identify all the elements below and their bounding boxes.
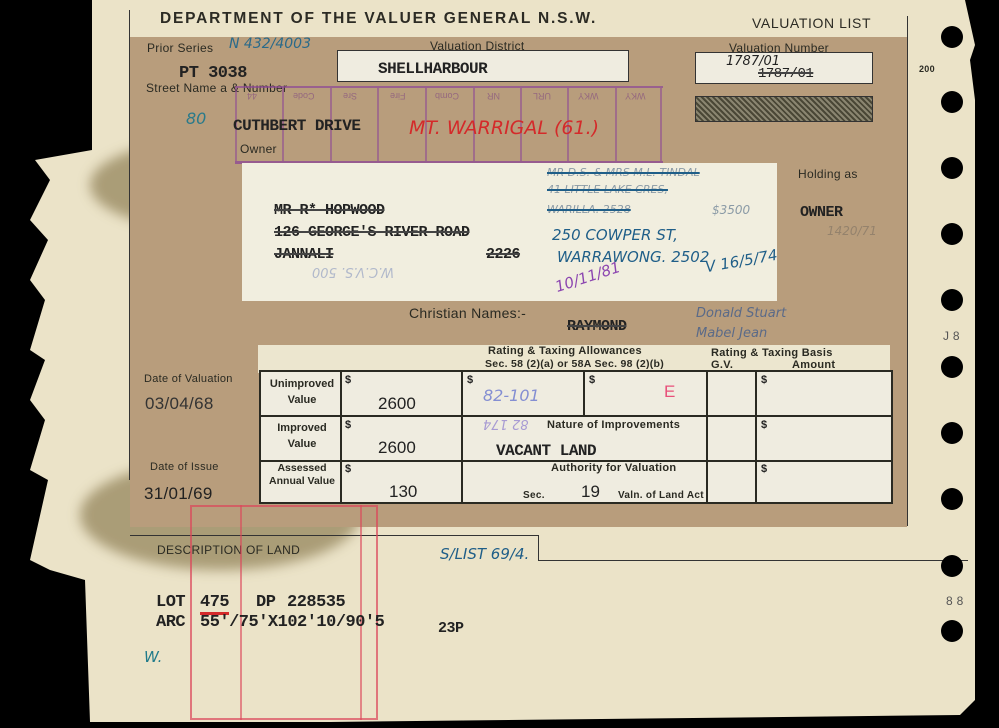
holding-faded: 1420/71 [827, 224, 877, 238]
arc-dimensions: 55'/75'X102'10/90'5 [200, 613, 384, 632]
punch-hole [941, 422, 963, 444]
prev-owner-name: MR D.S. & MRS M.L. TINDAL [547, 166, 700, 179]
stamp-header: Fire [390, 91, 406, 101]
assessed-value-label: Assessed Annual Value [263, 462, 341, 488]
faded-stamp: W.C.V.S. 500 [312, 264, 394, 279]
holding-value: OWNER [800, 204, 843, 221]
nature-of-improvements-label: Nature of Improvements [547, 419, 680, 431]
sec-value: 19 [581, 482, 600, 502]
prev-owner-suburb: WARILLA. 2528 [547, 203, 631, 216]
street-name: CUTHBERT DRIVE [233, 117, 360, 135]
prev-owner-amount: $3500 [712, 203, 750, 217]
authority-label: Authority for Valuation [551, 462, 676, 474]
pencil-name-2: Mabel Jean [696, 326, 767, 341]
punch-hole [941, 157, 963, 179]
right-rule [907, 16, 908, 526]
prev-owner-street: 41 LITTLE LAKE CRES, [547, 183, 668, 196]
owner-postcode: 2226 [486, 246, 520, 263]
valuation-district-value: SHELLHARBOUR [378, 60, 487, 78]
christian-names-label: Christian Names:- [409, 305, 526, 321]
owner-label: Owner [240, 142, 277, 156]
christian-names-value: RAYMOND [567, 318, 627, 335]
currency-symbol: $ [589, 374, 595, 386]
punch-hole [941, 620, 963, 642]
valuation-card: DEPARTMENT OF THE VALUER GENERAL N.S.W. … [30, 0, 975, 722]
unimproved-value-label: Unimproved Value [263, 376, 341, 408]
new-owner-street: 250 COWPER ST, [552, 226, 678, 244]
margin-mark-mid: J 8 [943, 329, 960, 343]
owner-line-1: MR R* HOPWOOD [274, 202, 385, 219]
date-of-issue-value: 31/01/69 [144, 484, 213, 504]
stamp-header: URL [533, 91, 551, 101]
date-of-valuation-value: 03/04/68 [145, 394, 214, 414]
punch-hole [941, 555, 963, 577]
values-table: Unimproved Value Improved Value Assessed… [259, 370, 893, 504]
stamp-header: Comb [435, 91, 459, 101]
pencil-name-1: Donald Stuart [696, 306, 786, 321]
prior-series-label: Prior Series [147, 41, 213, 55]
improved-value-label: Improved Value [263, 420, 341, 452]
valuation-district-box: SHELLHARBOUR [337, 50, 629, 82]
owner-box: MR R* HOPWOOD 126 GEORGE'S RIVER ROAD JA… [242, 163, 777, 301]
punch-hole [941, 289, 963, 311]
stamp-header: 44 [247, 91, 257, 101]
locality-handwritten: MT. WARRIGAL (61.) [409, 117, 599, 139]
currency-symbol: $ [467, 374, 473, 386]
owner-line-2: 126 GEORGE'S RIVER ROAD [274, 224, 470, 241]
punch-hole [941, 26, 963, 48]
description-rule [538, 560, 968, 561]
stamp-header: Code [293, 91, 315, 101]
valuation-number-typed: 1787/01 [758, 66, 813, 82]
allowance-handwritten-2: 82 174 [483, 416, 529, 431]
valuation-number-box: 1787/01 1787/01 [695, 52, 873, 84]
red-e-mark: E [664, 382, 676, 402]
margin-mark-top: 200 [919, 64, 935, 74]
lot-label: LOT [156, 593, 185, 612]
rating-allowances-subtitle: Sec. 58 (2)(a) or 58A Sec. 98 (2)(b) [485, 358, 664, 370]
dp-number: 228535 [287, 593, 345, 612]
currency-symbol: $ [761, 374, 767, 386]
stamp-header: Sre [343, 91, 357, 101]
assessed-annual-value: 130 [389, 482, 417, 502]
department-title: DEPARTMENT OF THE VALUER GENERAL N.S.W. [160, 10, 597, 28]
prior-series-handwritten: N 432/4003 [229, 36, 311, 52]
initial-mark: W. [144, 648, 162, 666]
street-number-handwritten: 80 [186, 109, 206, 128]
currency-symbol: $ [761, 463, 767, 475]
valuation-list-title: VALUATION LIST [752, 15, 871, 31]
hatched-box [695, 96, 873, 122]
nature-of-improvements-value: VACANT LAND [496, 442, 596, 460]
rating-basis-title: Rating & Taxing Basis [711, 347, 833, 359]
arc-label: ARC [156, 613, 185, 632]
date-of-valuation-label: Date of Valuation [144, 373, 233, 385]
allowance-handwritten-1: 82-101 [483, 386, 540, 405]
owner-line-3: JANNALI [274, 246, 334, 263]
act-label: Valn. of Land Act [618, 490, 704, 501]
description-rule [538, 535, 539, 561]
currency-symbol: $ [345, 374, 351, 386]
slist-note: S/LIST 69/4. [440, 545, 529, 563]
currency-symbol: $ [345, 419, 351, 431]
dp-label: DP [256, 593, 275, 612]
punch-hole [941, 91, 963, 113]
new-owner-suburb: WARRAWONG. 2502 [557, 248, 709, 266]
stamp-header: WKY [625, 91, 646, 101]
improved-value: 2600 [378, 438, 416, 458]
punch-hole [941, 488, 963, 510]
unimproved-value: 2600 [378, 394, 416, 414]
stamp-header: WKY [578, 91, 599, 101]
stamp-header: NR [487, 91, 500, 101]
holding-label: Holding as [798, 167, 858, 181]
margin-mark-bottom: 8 8 [946, 594, 964, 608]
currency-symbol: $ [761, 419, 767, 431]
land-area: 23P [438, 620, 464, 637]
currency-symbol: $ [345, 463, 351, 475]
punch-hole [941, 223, 963, 245]
rating-allowances-title: Rating & Taxing Allowances [488, 345, 642, 357]
date-of-issue-label: Date of Issue [150, 461, 219, 473]
lot-number: 475 [200, 593, 229, 615]
sec-label: Sec. [523, 490, 545, 501]
punch-hole [941, 356, 963, 378]
